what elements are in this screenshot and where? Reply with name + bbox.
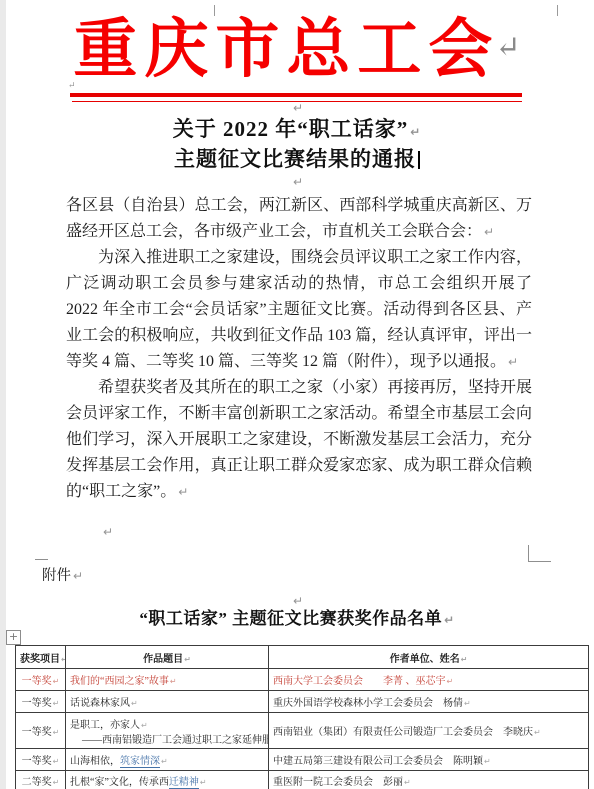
grammar-marked-text: 迁精神 [169,777,199,789]
paragraph-text: 希望获奖者及其所在的职工之家（小家）再接再厉，坚持开展会员评家工作，不断丰富创新… [66,379,532,500]
header-text: 作者单位、姓名 [390,654,460,665]
awards-table-title-text: “职工话家” 主题征文比赛获奖作品名单 [139,609,442,628]
cell-mark-icon: ↵ [53,728,60,737]
header-work-title[interactable]: 作品题目↵ [66,646,269,669]
table-row: 二等奖↵ 扎根“家”文化，传承西迁精神↵ 重医附一院工会委员会 彭丽↵ [16,771,589,789]
award-text: 一等奖 [22,698,52,709]
paragraph-mark-icon: ↵ [508,355,518,369]
text-boundary-mark-left [35,559,48,560]
header-award-category[interactable]: 获奖项目↵ [16,646,66,669]
paragraph-mark-icon: ↵ [68,80,76,91]
cell-mark-icon: ↵ [464,699,471,708]
cell-mark-icon: ↵ [53,677,60,686]
title-text: 我们的“西园之家”故事 [70,676,169,687]
awards-table[interactable]: 获奖项目↵ 作品题目↵ 作者单位、姓名↵ 一等奖↵ 我们的“西园之家”故事↵ 西… [15,645,589,789]
empty-paragraph: ↵ [0,173,594,191]
document-title-text2: 主题征文比赛结果的通报 [174,147,416,171]
award-cell[interactable]: 一等奖↵ [16,713,66,749]
cell-mark-icon: ↵ [534,728,541,737]
cell-mark-icon: ↵ [404,778,411,787]
author-text: 西南大学工会委员会 李菁 、巫芯宇 [273,676,446,687]
awards-table-title[interactable]: “职工话家” 主题征文比赛获奖作品名单↵ [0,604,594,629]
cell-mark-icon: ↵ [484,757,491,766]
cell-mark-icon: ↵ [53,699,60,708]
paragraph-mark-icon: ↵ [444,613,455,627]
masthead: 重庆市总工会↵ [0,8,594,92]
title-text: 话说森林家风 [70,698,130,709]
title-line1: 是职工，亦家人↵ [70,716,264,731]
cell-mark-icon: ↵ [184,655,191,664]
attachment-label[interactable]: 附件↵ [42,564,83,585]
title-cell[interactable]: 是职工，亦家人↵ ——西南铝锻造厂工会通过职工之家延伸服务做法↵ [66,713,269,749]
award-text: 二等奖 [22,777,52,788]
title-line2: ——西南铝锻造厂工会通过职工之家延伸服务做法↵ [70,731,264,746]
document-title-line2[interactable]: 主题征文比赛结果的通报 [0,146,594,173]
text-boundary-mark-right [528,545,551,562]
paragraph-salutation[interactable]: 各区县（自治县）总工会，两江新区、西部科学城重庆高新区、万盛经开区总工会，各市级… [66,193,532,245]
author-text: 中建五局第三建设有限公司工会委员会 陈明颖 [273,756,483,767]
paragraph-mark-icon: ↵ [495,31,520,64]
paragraph-mark-icon: ↵ [410,125,421,139]
header-text: 作品题目 [143,654,183,665]
document-page: 重庆市总工会↵ ↵ ↵ 关于 2022 年“职工话家”↵ 主题征文比赛结果的通报… [0,0,594,789]
cell-mark-icon: ↵ [53,757,60,766]
paragraph-mark-icon: ↵ [73,569,83,583]
table-header-row: 获奖项目↵ 作品题目↵ 作者单位、姓名↵ [16,646,589,669]
table-move-handle-icon[interactable]: + [6,630,21,645]
title-text: 扎根“家”文化，传承西 [70,777,169,788]
document-title-text1: 关于 2022 年“职工话家” [173,117,409,141]
author-text: 西南铝业（集团）有限责任公司锻造厂工会委员会 李晓庆 [273,727,533,738]
paragraph-mark-icon: ↵ [484,225,494,239]
grammar-marked-text: 筑家情深 [120,756,160,768]
body-text[interactable]: 各区县（自治县）总工会，两江新区、西部科学城重庆高新区、万盛经开区总工会，各市级… [66,193,532,505]
cell-mark-icon: ↵ [131,699,138,708]
header-text: 获奖项目 [20,654,60,665]
award-text: 一等奖 [22,676,52,687]
paragraph-mark-icon: ↵ [293,175,303,189]
text-cursor [418,151,420,169]
author-text: 重医附一院工会委员会 彭丽 [273,777,403,788]
masthead-title[interactable]: 重庆市总工会 [73,14,499,85]
masthead-rule-thick [70,93,522,97]
cell-mark-icon: ↵ [461,655,468,664]
award-text: 一等奖 [22,756,52,767]
table-row: 一等奖↵ 是职工，亦家人↵ ——西南铝锻造厂工会通过职工之家延伸服务做法↵ 西南… [16,713,589,749]
header-author-unit-name[interactable]: 作者单位、姓名↵ [269,646,589,669]
author-cell[interactable]: 中建五局第三建设有限公司工会委员会 陈明颖↵ [269,749,589,771]
document-title-line1[interactable]: 关于 2022 年“职工话家”↵ [0,116,594,146]
award-cell[interactable]: 一等奖↵ [16,691,66,713]
title-cell[interactable]: 山海相依，筑家情深↵ [66,749,269,771]
award-cell[interactable]: 二等奖↵ [16,771,66,789]
paragraph-text: 各区县（自治县）总工会，两江新区、西部科学城重庆高新区、万盛经开区总工会，各市级… [66,197,532,240]
paragraph-hope[interactable]: 希望获奖者及其所在的职工之家（小家）再接再厉，坚持开展会员评家工作，不断丰富创新… [66,375,532,505]
title-cell[interactable]: 我们的“西园之家”故事↵ [66,669,269,691]
cell-mark-icon: ↵ [161,757,168,766]
paragraph-announcement[interactable]: 为深入推进职工之家建设，围绕会员评议职工之家工作内容，广泛调动职工会员参与建家活… [66,245,532,375]
paragraph-mark-icon: ↵ [178,485,188,499]
document-title[interactable]: 关于 2022 年“职工话家”↵ 主题征文比赛结果的通报 [0,116,594,173]
empty-paragraph: ↵ [0,99,594,117]
table-row: 一等奖↵ 我们的“西园之家”故事↵ 西南大学工会委员会 李菁 、巫芯宇↵ [16,669,589,691]
cell-mark-icon: ↵ [170,677,177,686]
attachment-text: 附件 [42,568,71,584]
award-cell[interactable]: 一等奖↵ [16,669,66,691]
cell-mark-icon: ↵ [200,778,207,787]
cell-mark-icon: ↵ [61,655,66,664]
title-text: 山海相依， [70,756,120,767]
table-row: 一等奖↵ 话说森林家风↵ 重庆外国语学校森林小学工会委员会 杨倩↵ [16,691,589,713]
author-cell[interactable]: 西南铝业（集团）有限责任公司锻造厂工会委员会 李晓庆↵ [269,713,589,749]
cell-mark-icon: ↵ [447,677,454,686]
paragraph-mark-icon: ↵ [293,101,303,115]
title-subtext: ——西南铝锻造厂工会通过职工之家延伸服务做法 [82,735,269,746]
title-cell[interactable]: 话说森林家风↵ [66,691,269,713]
title-text: 是职工，亦家人 [70,720,140,731]
award-cell[interactable]: 一等奖↵ [16,749,66,771]
cell-mark-icon: ↵ [53,778,60,787]
title-cell[interactable]: 扎根“家”文化，传承西迁精神↵ [66,771,269,789]
author-cell[interactable]: 重庆外国语学校森林小学工会委员会 杨倩↵ [269,691,589,713]
author-cell[interactable]: 西南大学工会委员会 李菁 、巫芯宇↵ [269,669,589,691]
cell-mark-icon: ↵ [141,721,148,730]
author-cell[interactable]: 重医附一院工会委员会 彭丽↵ [269,771,589,789]
award-text: 一等奖 [22,727,52,738]
empty-paragraph: ↵ [101,523,113,541]
paragraph-text: 为深入推进职工之家建设，围绕会员评议职工之家工作内容，广泛调动职工会员参与建家活… [66,249,532,370]
author-text: 重庆外国语学校森林小学工会委员会 杨倩 [273,698,463,709]
paragraph-mark-icon: ↵ [103,525,113,539]
table-row: 一等奖↵ 山海相依，筑家情深↵ 中建五局第三建设有限公司工会委员会 陈明颖↵ [16,749,589,771]
